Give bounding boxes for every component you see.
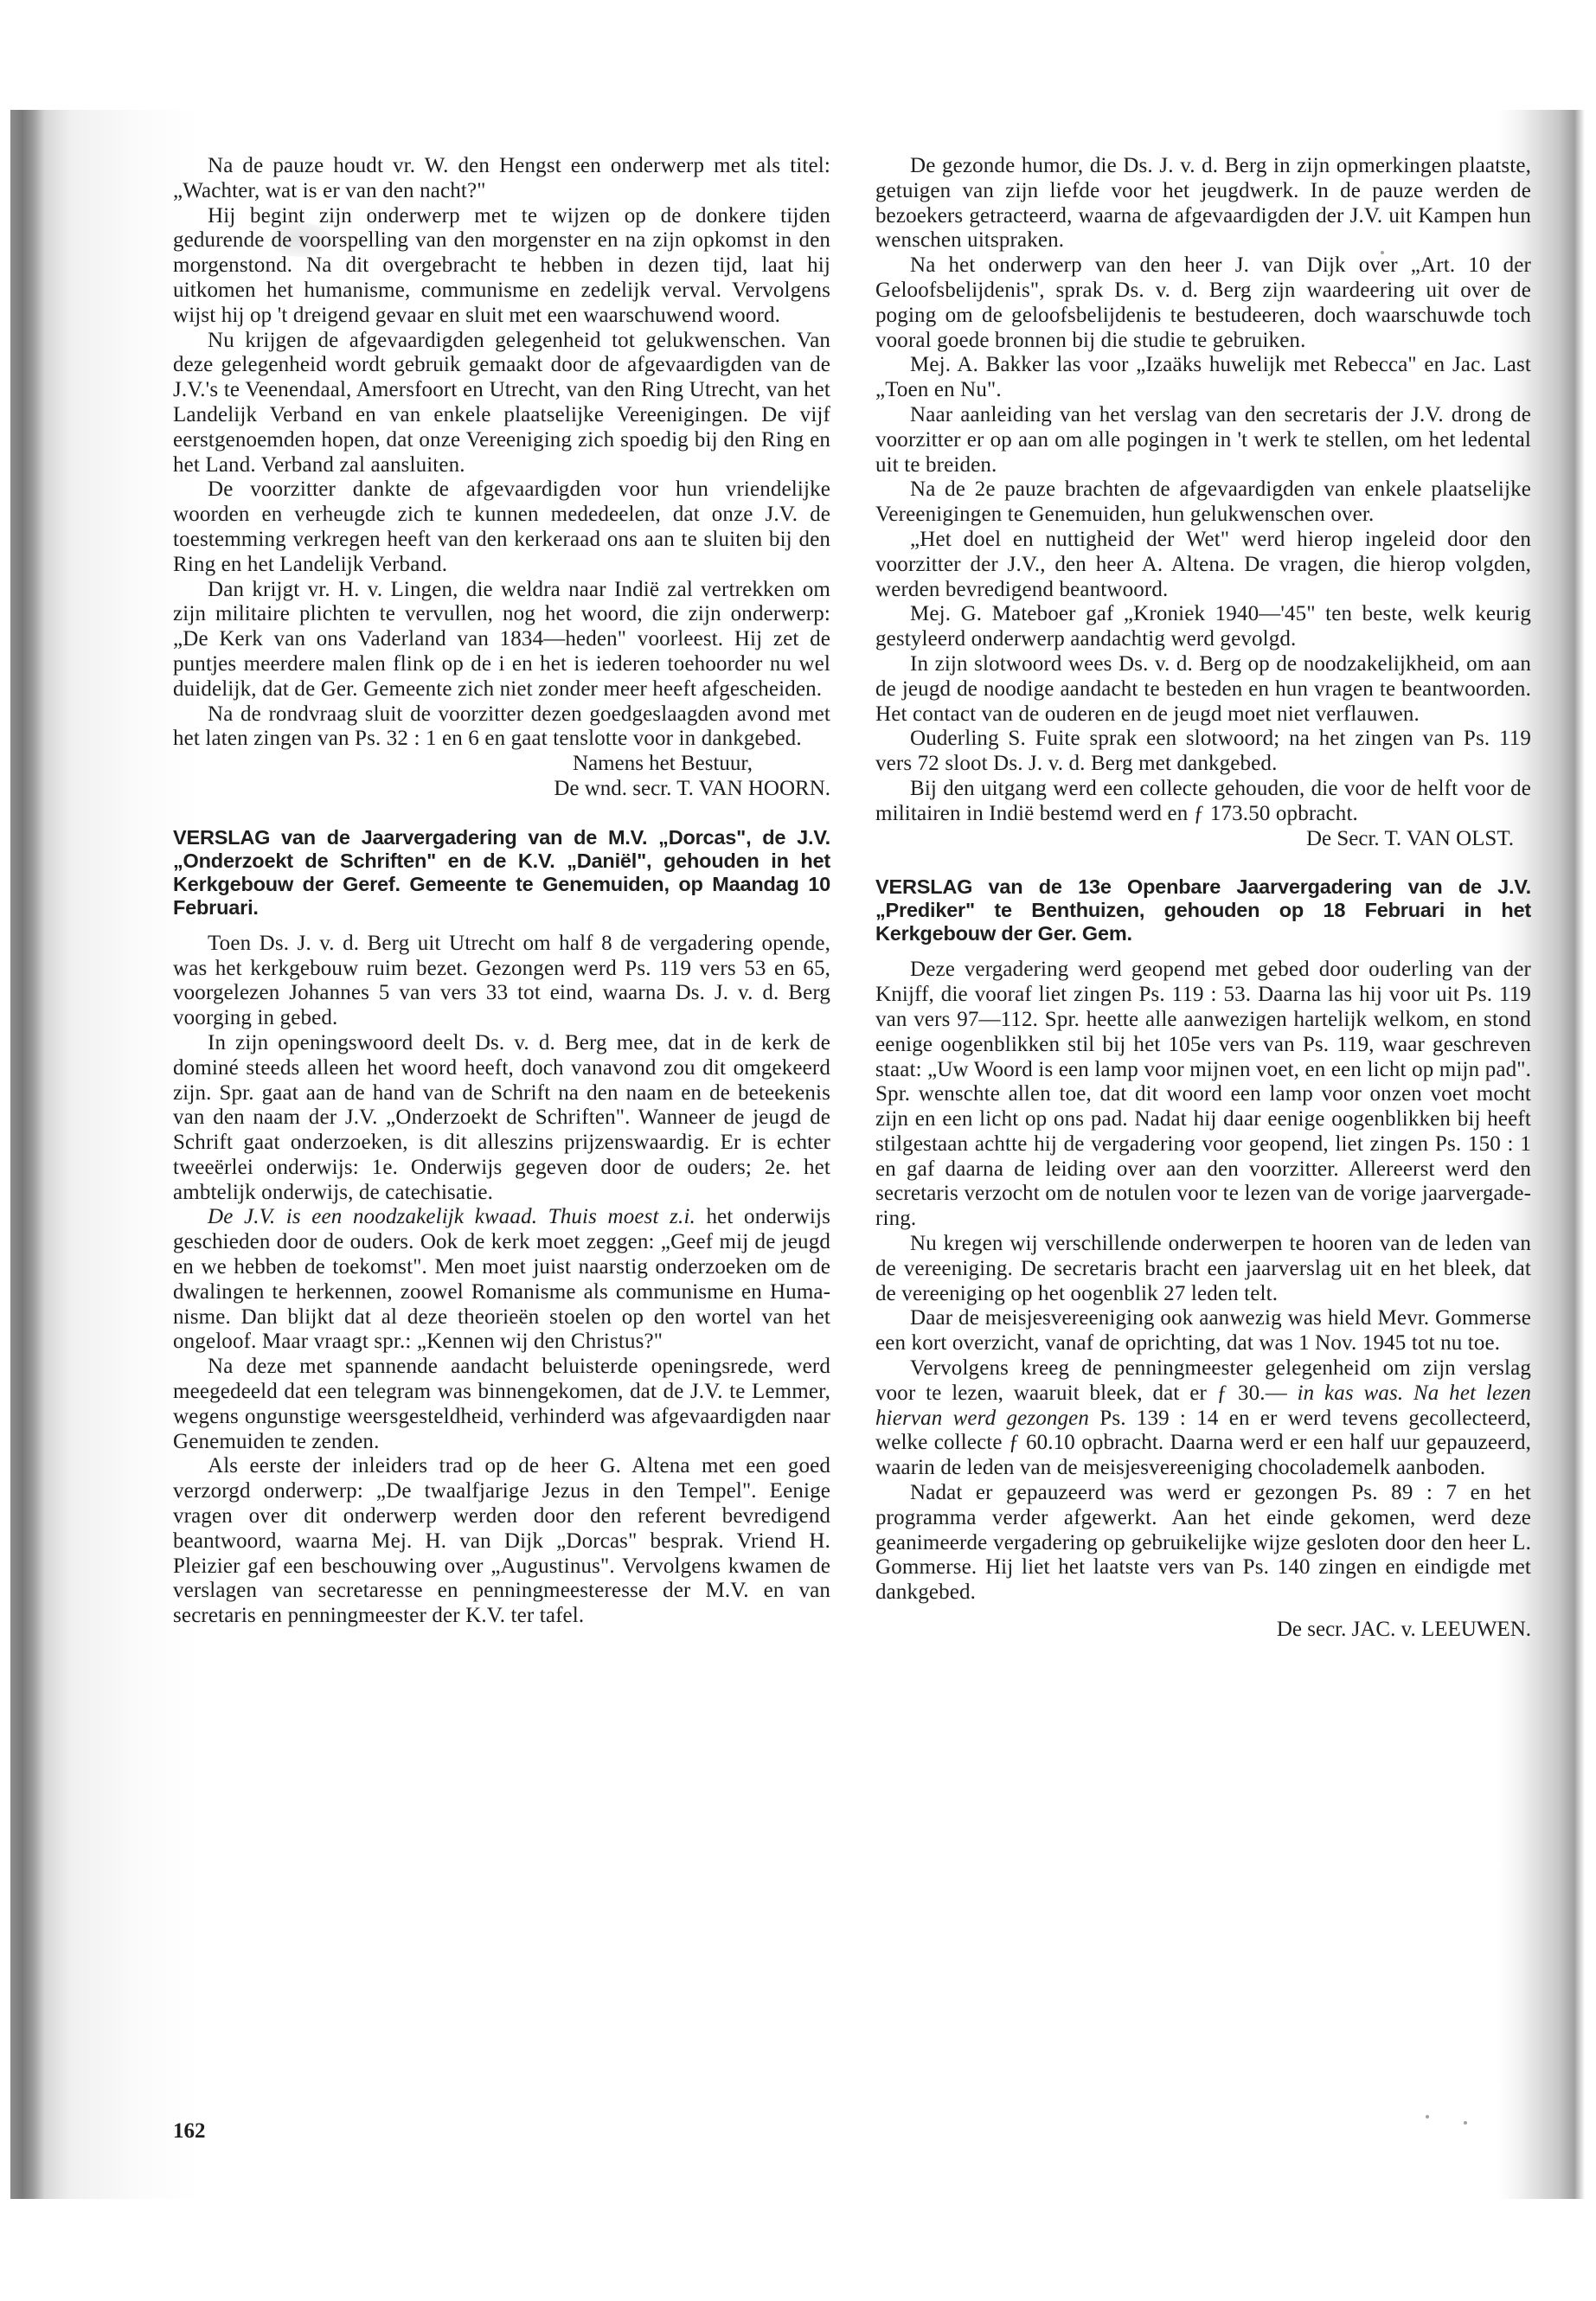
paragraph: De gezonde humor, die Ds. J. v. d. Berg … (875, 154, 1531, 253)
paragraph: „Het doel en nuttigheid der Wet" werd hi… (875, 528, 1531, 602)
paragraph: Bij den uitgang werd een collecte gehoud… (875, 777, 1531, 827)
paragraph: Hij begint zijn onderwerp met te wijzen … (173, 204, 830, 329)
paragraph: In zijn slotwoord wees Ds. v. d. Berg op… (875, 652, 1531, 727)
left-column: Na de pauze houdt vr. W. den Hengst een … (173, 154, 830, 1629)
paragraph: In zijn openingswoord deelt Ds. v. d. Be… (173, 1031, 830, 1206)
paragraph: Na de pauze houdt vr. W. den Hengst een … (173, 154, 830, 204)
paragraph: Na de rondvraag sluit de voorzitter deze… (173, 702, 830, 753)
paragraph: Vervolgens kreeg de penningmeester geleg… (875, 1356, 1531, 1481)
paragraph: Naar aanleiding van het verslag van den … (875, 403, 1531, 478)
paragraph: Na deze met spannende aandacht beluister… (173, 1355, 830, 1454)
right-column: De gezonde humor, die Ds. J. v. d. Berg … (875, 154, 1531, 1643)
paragraph: Toen Ds. J. v. d. Berg uit Utrecht om ha… (173, 932, 830, 1031)
scan-speck (1381, 251, 1384, 254)
signature-name: De secr. JAC. v. LEEUWEN. (875, 1618, 1531, 1643)
scan-speck (1464, 2121, 1467, 2125)
paragraph: Ouderling S. Fuite sprak een slotwoord; … (875, 727, 1531, 777)
heading-text: van de 13e Openbare Jaarvergadering van … (875, 875, 1531, 945)
paragraph: De voorzitter dankte de afgevaardigden v… (173, 478, 830, 577)
paragraph: Als eerste der inleiders trad op de heer… (173, 1454, 830, 1629)
paragraph: Nadat er gepauzeerd was werd er gezongen… (875, 1481, 1531, 1606)
section-heading: VERSLAG van de Jaarvergadering van de M.… (173, 826, 830, 920)
signature-line: Namens het Bestuur, (173, 752, 830, 777)
paragraph: De J.V. is een noodzakelijk kwaad. Thuis… (173, 1205, 830, 1355)
signature-name: De wnd. secr. T. VAN HOORN. (173, 777, 830, 802)
signature-name: De Secr. T. VAN OLST. (875, 827, 1531, 852)
paragraph: Nu krijgen de afgevaardigden gelegenheid… (173, 329, 830, 478)
page-number: 162 (173, 2119, 206, 2144)
heading-text: van de Jaarvergadering van de M.V. „Dorc… (173, 826, 830, 919)
paragraph: Mej. A. Bakker las voor „Izaäks huwelijk… (875, 353, 1531, 403)
paragraph: Na de 2e pauze brachten de afgevaardigde… (875, 478, 1531, 528)
section-heading: VERSLAG van de 13e Openbare Jaarvergader… (875, 875, 1531, 945)
paragraph: Nu kregen wij verschillende onderwerpen … (875, 1232, 1531, 1306)
paragraph: Dan krijgt vr. H. v. Lingen, die weldra … (173, 578, 830, 702)
scan-speck (1426, 2115, 1429, 2118)
paragraph: Deze vergadering werd geopend met gebed … (875, 958, 1531, 1232)
paragraph: Mej. G. Mateboer gaf „Kroniek 1940—'45" … (875, 602, 1531, 652)
italic-text: De J.V. is een noodzakelijk kwaad. Thuis… (208, 1205, 695, 1228)
paragraph: Daar de meisjesvereeniging ook aanwezig … (875, 1306, 1531, 1356)
heading-lead: VERSLAG (173, 826, 270, 849)
paragraph: Na het onderwerp van den heer J. van Dij… (875, 253, 1531, 353)
heading-lead: VERSLAG (875, 875, 972, 898)
